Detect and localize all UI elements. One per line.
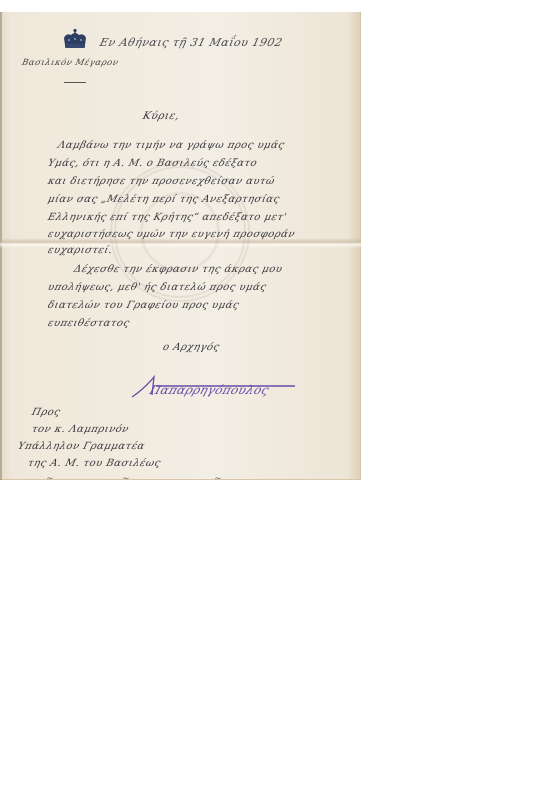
footer-mark: ~ xyxy=(121,474,132,480)
body-line: ευχαριστεί. xyxy=(47,245,114,256)
footer-mark: ~ xyxy=(45,474,56,480)
date-line: Εν Αθήναις τῇ 31 Μαΐου 1902 xyxy=(98,36,284,49)
footer-mark: ~ xyxy=(213,474,224,480)
body-line: Λαμβάνω την τιμήν να γράψω προς υμάς xyxy=(57,140,286,151)
signature-name: Παπαρρηγόπουλος xyxy=(148,383,271,397)
body-line: ευπειθέστατος xyxy=(47,318,131,329)
body-line: Ελληνικής επί της Κρήτης“ απεδέξατο μετ' xyxy=(47,212,288,223)
letterhead-rule xyxy=(64,82,86,83)
addressee-line: Υπάλληλον Γραμματέα xyxy=(17,441,146,452)
body-line: διατελών του Γραφείου προς υμάς xyxy=(47,300,241,311)
body-line: μίαν σας „Μελέτη περί της Ανεξαρτησίας xyxy=(47,194,281,205)
addressee-line: τον κ. Λαμπρινόν xyxy=(31,424,130,435)
signature: Παπαρρηγόπουλος xyxy=(130,367,300,407)
body-line: Υμάς, ότι η Α. Μ. ο Βασιλεύς εδέξατο xyxy=(47,158,259,169)
addressee-line: Προς xyxy=(31,407,62,418)
salutation: Κύριε, xyxy=(142,110,181,122)
royal-crown-icon xyxy=(62,28,88,50)
body-line: ευχαριστήσεως υμών την ευγενή προσφοράν xyxy=(47,229,297,240)
body-line: υπολήψεως, μεθ' ής διατελώ προς υμάς xyxy=(47,282,268,293)
closing-title: ο Αρχηγός xyxy=(162,342,221,353)
body-line: Δέχεσθε την έκφρασιν της άκρας μου xyxy=(73,264,284,275)
letter-paper: Βασιλικόν Μέγαρον Εν Αθήναις τῇ 31 Μαΐου… xyxy=(0,12,361,480)
letterhead-department: Βασιλικόν Μέγαρον xyxy=(21,58,120,68)
addressee-line: της Α. Μ. του Βασιλέως xyxy=(27,458,162,469)
body-line: και διετήρησε την προσενεχθείσαν αυτώ xyxy=(47,176,276,187)
